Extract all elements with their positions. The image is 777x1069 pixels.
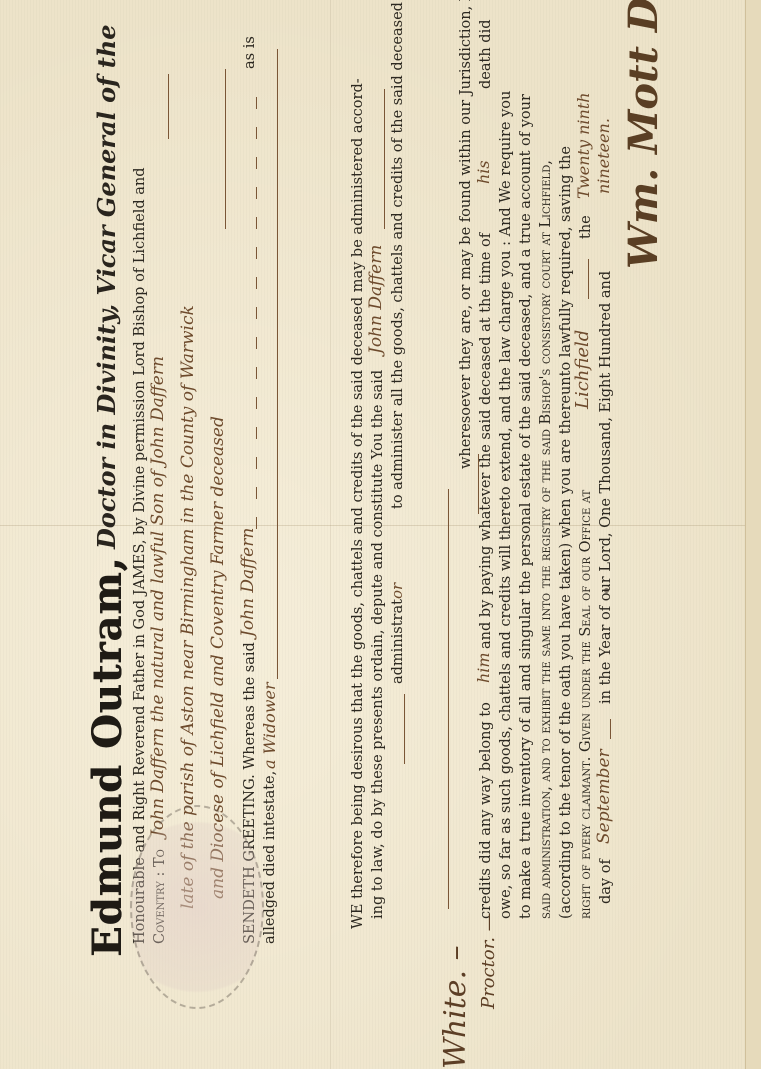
text-line: to make a true inventory of all and sing… (518, 94, 534, 919)
rotated-document-content: Edmund Outram, Doctor in Divinity, Vicar… (0, 0, 777, 1069)
handwritten-entry: John Daffern the natural and lawful Son … (148, 356, 168, 837)
proctor-name: White. – (438, 945, 473, 1069)
handwritten-entry: John Daffern (366, 245, 386, 354)
dash-line (256, 79, 257, 529)
handwritten-entry: a Widower (260, 682, 279, 769)
text-line: credits did any way belong to (478, 702, 494, 919)
handwritten-entry: or (388, 583, 406, 599)
document-page: Edmund Outram, Doctor in Divinity, Vicar… (0, 0, 761, 1069)
text-line: owe, so far as such goods, chattels and … (498, 91, 514, 919)
text-line: as is (242, 36, 258, 69)
text-line: the (578, 215, 594, 239)
text-line: in the Year of our Lord, One Thousand, E… (598, 271, 614, 704)
registrar-signature: Wm. Mott D. Regr (620, 0, 667, 269)
fill-line (404, 694, 405, 764)
handwritten-entry: John Daffern (238, 528, 258, 637)
handwritten-entry: Lichfield (572, 330, 593, 409)
fill-line (610, 719, 611, 739)
text-line: Honourable and Right Reverend Father in … (132, 167, 148, 944)
handwritten-entry: September (594, 749, 614, 844)
text-line: administrat (390, 599, 406, 684)
handwritten-entry: nineteen. (594, 118, 613, 194)
text-line: to administer all the goods, chattels an… (390, 2, 406, 509)
text-line: and by paying whatever the said deceased… (478, 233, 494, 649)
text-line: death did (478, 20, 494, 89)
text-line: WE therefore being desirous that the goo… (350, 78, 366, 929)
fill-line (588, 259, 589, 299)
proctor-title: Proctor. — (478, 913, 499, 1009)
text-line: day of (598, 859, 614, 904)
text-line: alledged died intestate, (262, 771, 278, 944)
text-line: ing to law, do by these presents ordain,… (370, 370, 386, 919)
seal-impression (130, 805, 264, 1009)
handwritten-entry: him (474, 652, 493, 683)
text-line: wheresoever they are, or may be found wi… (458, 0, 474, 469)
text-line: said administration, and to exhibit the … (538, 160, 554, 919)
handwritten-entry: Twenty ninth (574, 92, 593, 199)
fill-line (448, 489, 449, 909)
heading-name: Edmund Outram, (84, 557, 131, 957)
text-line: right of every claimant. Given under the… (578, 490, 594, 919)
fill-line (225, 69, 226, 229)
handwritten-entry: his (474, 160, 493, 184)
heading-titles: Doctor in Divinity, Vicar General of the (92, 24, 121, 549)
text-line: (according to the tenor of the oath you … (558, 146, 574, 919)
fill-line (168, 74, 169, 139)
fill-line (277, 49, 278, 679)
fill-line (384, 89, 385, 229)
